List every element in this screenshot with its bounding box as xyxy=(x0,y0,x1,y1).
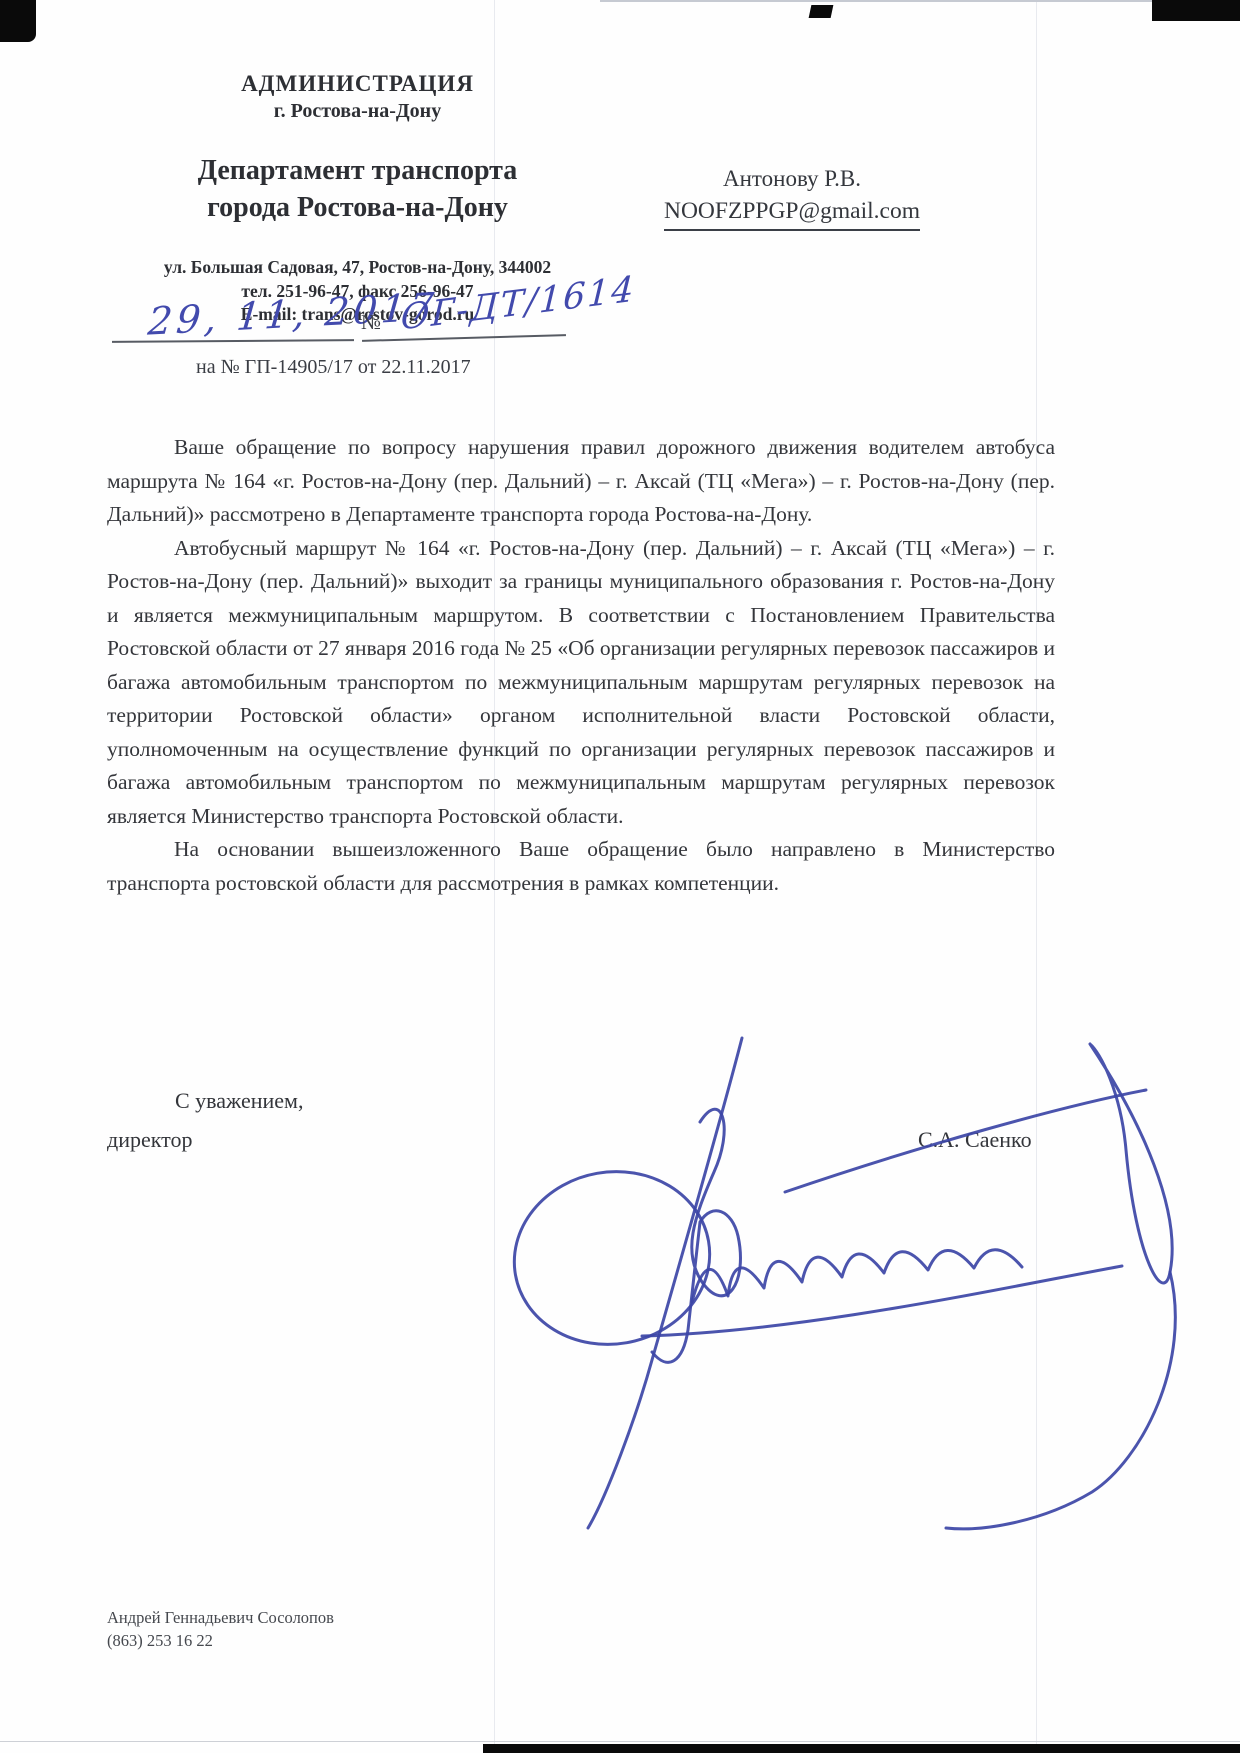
scan-top-edge-shade xyxy=(600,0,1240,2)
recipient-block: Антонову Р.В. NOOFZPPGP@gmail.com xyxy=(642,163,942,231)
reply-reference: на № ГП-14905/17 от 22.11.2017 xyxy=(196,356,471,379)
scanned-letter-page: АДМИНИСТРАЦИЯ г. Ростова-на-Дону Департа… xyxy=(0,0,1240,1753)
closing-salutation: С уважением, xyxy=(175,1088,303,1114)
letterhead-org-city: г. Ростова-на-Дону xyxy=(105,98,610,124)
letter-body: Ваше обращение по вопросу нарушения прав… xyxy=(107,431,1055,900)
executor-phone: (863) 253 16 22 xyxy=(107,1629,334,1652)
scan-artifact-top-center xyxy=(809,5,834,18)
scan-artifact-bottom-bar xyxy=(483,1744,1240,1753)
number-sign: № xyxy=(361,310,381,335)
scan-artifact-top-right xyxy=(1152,0,1240,21)
body-paragraph-3: На основании вышеизложенного Ваше обраще… xyxy=(107,833,1055,900)
letterhead-department-line2: города Ростова-на-Дону xyxy=(105,189,610,226)
recipient-name: Антонову Р.В. xyxy=(642,163,942,195)
letterhead-department-line1: Департамент транспорта xyxy=(105,152,610,189)
date-underline xyxy=(112,339,354,343)
executor-block: Андрей Геннадьевич Сосолопов (863) 253 1… xyxy=(107,1606,334,1652)
letterhead-org-name: АДМИНИСТРАЦИЯ xyxy=(105,70,610,98)
scan-artifact-top-left xyxy=(0,0,36,42)
scan-bottom-edge-shade xyxy=(0,1741,1240,1742)
executor-name: Андрей Геннадьевич Сосолопов xyxy=(107,1606,334,1629)
letterhead-address: ул. Большая Садовая, 47, Ростов-на-Дону,… xyxy=(105,256,610,280)
signer-title: директор xyxy=(107,1127,192,1153)
body-paragraph-1: Ваше обращение по вопросу нарушения прав… xyxy=(107,431,1055,532)
director-signature-ink xyxy=(400,1030,1200,1550)
recipient-email: NOOFZPPGP@gmail.com xyxy=(664,195,920,231)
number-underline xyxy=(362,334,566,342)
body-paragraph-2: Автобусный маршрут № 164 «г. Ростов-на-Д… xyxy=(107,532,1055,834)
